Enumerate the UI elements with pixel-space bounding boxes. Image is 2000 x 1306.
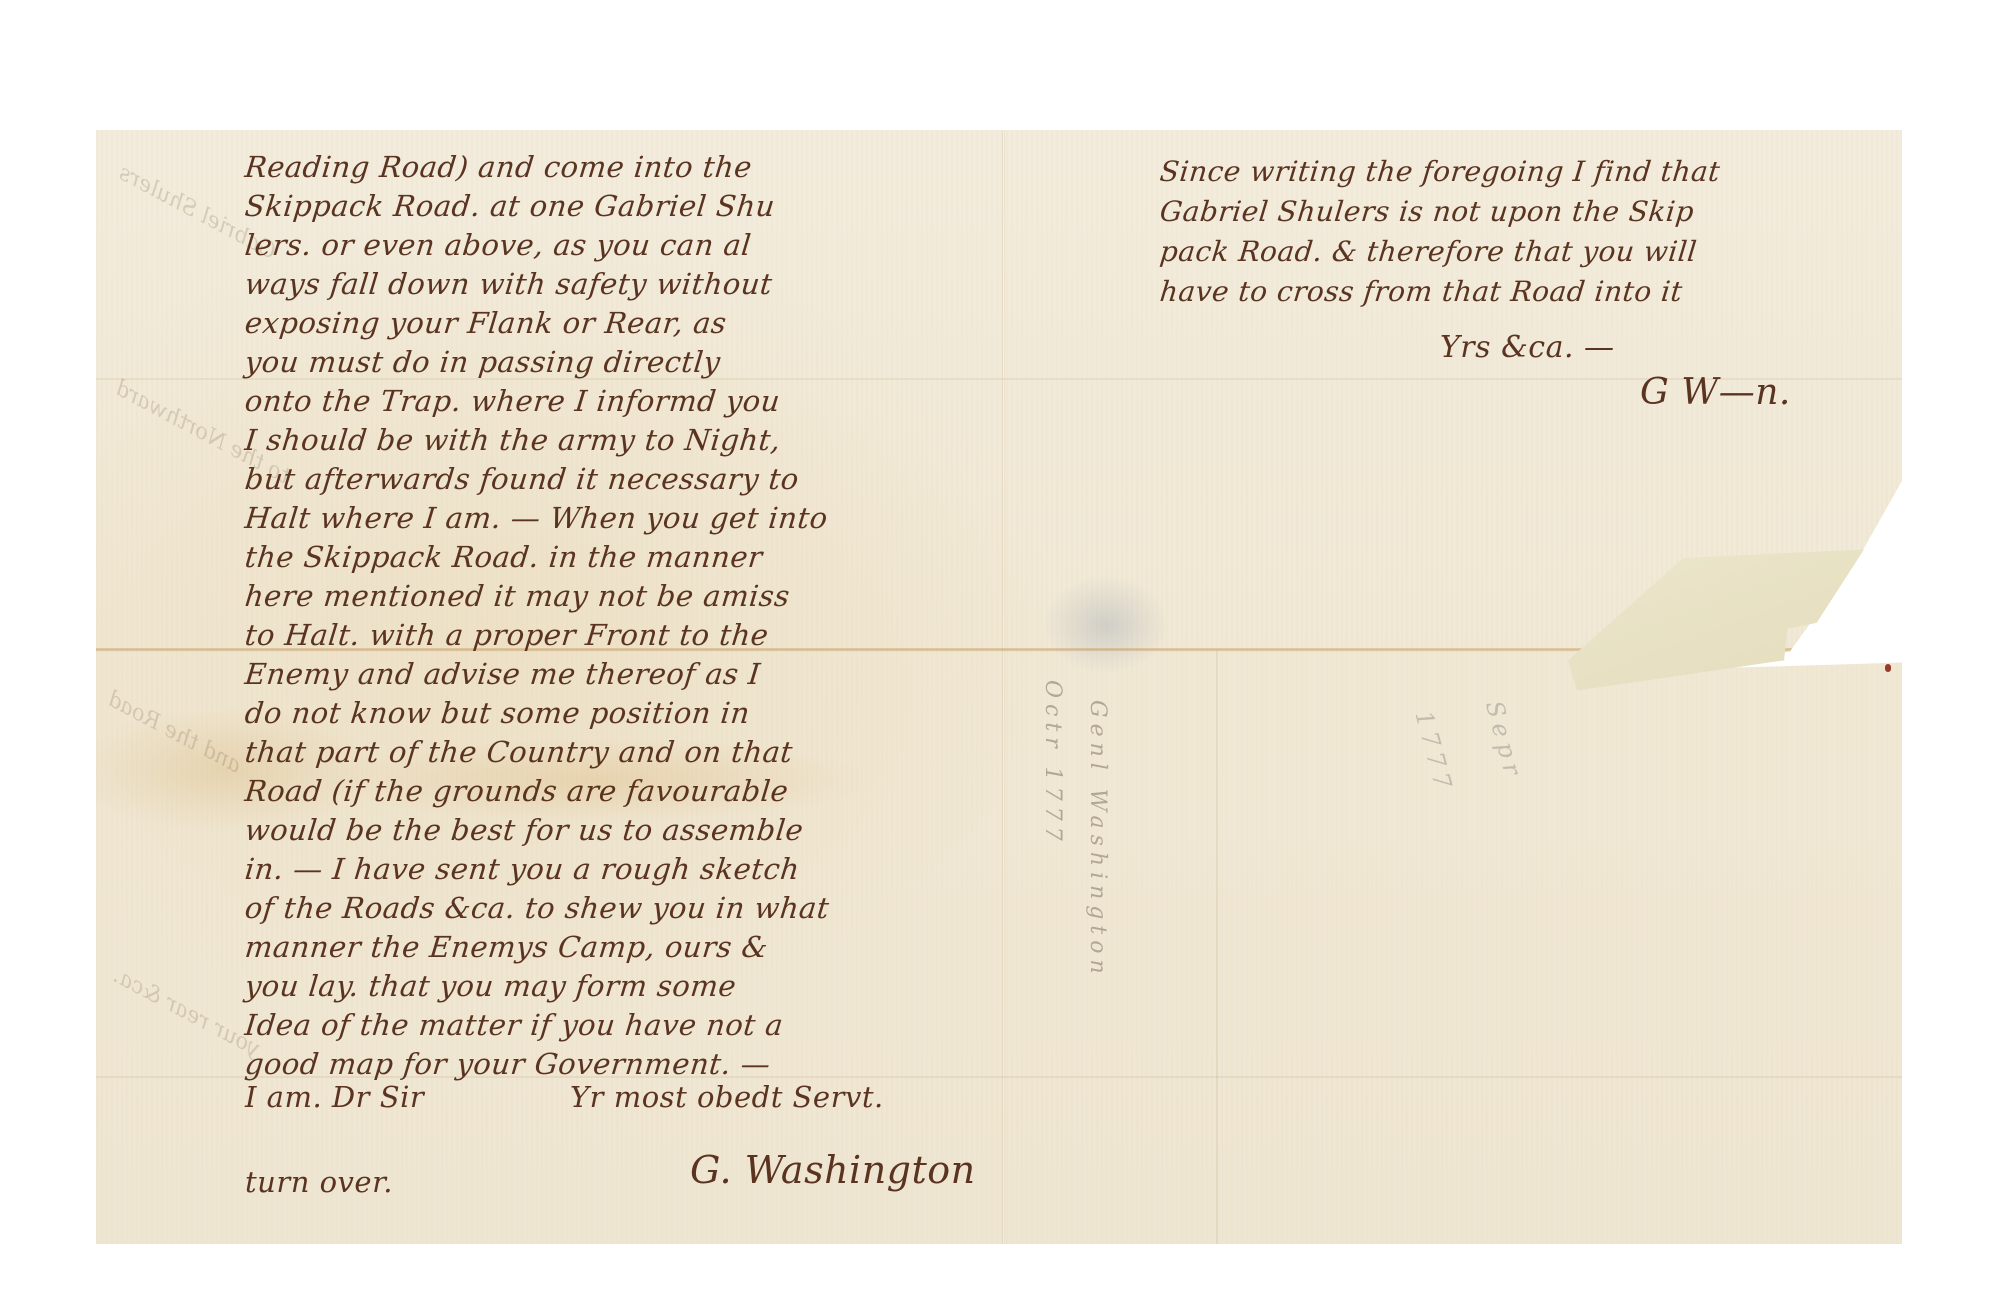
text-line: manner the Enemys Camp, ours &	[243, 928, 831, 967]
text-line: to Halt. with a proper Front to the	[243, 616, 831, 655]
right-fold-crease	[1216, 650, 1218, 1244]
text-line: but afterwards found it necessary to	[243, 460, 831, 499]
docket-mark: Octr 1777	[1040, 680, 1065, 847]
text-line: good map for your Government. —	[243, 1045, 831, 1084]
initials-signature: G W—n.	[1640, 372, 1791, 413]
text-line: Since writing the foregoing I find that	[1158, 152, 1722, 192]
text-line: Idea of the matter if you have not a	[243, 1006, 831, 1045]
text-line: in. — I have sent you a rough sketch	[243, 850, 831, 889]
text-line: have to cross from that Road into it	[1158, 272, 1722, 312]
text-line: Halt where I am. — When you get into	[243, 499, 831, 538]
closing-phrase: Yr most obedt Servt.	[570, 1080, 884, 1114]
text-line: Gabriel Shulers is not upon the Skip	[1158, 192, 1722, 232]
text-line: of the Roads &ca. to shew you in what	[243, 889, 831, 928]
signature: G. Washington	[690, 1148, 976, 1192]
text-line: would be the best for us to assemble	[243, 811, 831, 850]
text-line: Enemy and advise me thereof as I	[243, 655, 831, 694]
turn-over-note: turn over.	[245, 1165, 393, 1199]
text-line: the Skippack Road. in the manner	[243, 538, 831, 577]
right-page-postscript: Since writing the foregoing I find that …	[1160, 152, 1720, 312]
text-line: exposing your Flank or Rear, as	[243, 304, 831, 343]
text-line: you lay. that you may form some	[243, 967, 831, 1006]
text-line: lers. or even above, as you can al	[243, 226, 831, 265]
text-line: I should be with the army to Night,	[243, 421, 831, 460]
text-line: do not know but some position in	[243, 694, 831, 733]
text-line: here mentioned it may not be amiss	[243, 577, 831, 616]
text-line: Skippack Road. at one Gabriel Shu	[243, 187, 831, 226]
text-line: pack Road. & therefore that you will	[1158, 232, 1722, 272]
text-line: you must do in passing directly	[243, 343, 831, 382]
left-page-body: Reading Road) and come into the Skippack…	[245, 148, 829, 1084]
text-line: that part of the Country and on that	[243, 733, 831, 772]
text-line: onto the Trap. where I informd you	[243, 382, 831, 421]
text-line: Reading Road) and come into the	[243, 148, 831, 187]
postscript-closing: Yrs &ca. —	[1440, 330, 1615, 365]
closing-salutation: I am. Dr Sir	[245, 1080, 424, 1114]
text-line: Road (if the grounds are favourable	[243, 772, 831, 811]
text-line: ways fall down with safety without	[243, 265, 831, 304]
red-wax-spot	[1885, 664, 1891, 672]
docket-mark: Genl Washington	[1085, 700, 1110, 980]
